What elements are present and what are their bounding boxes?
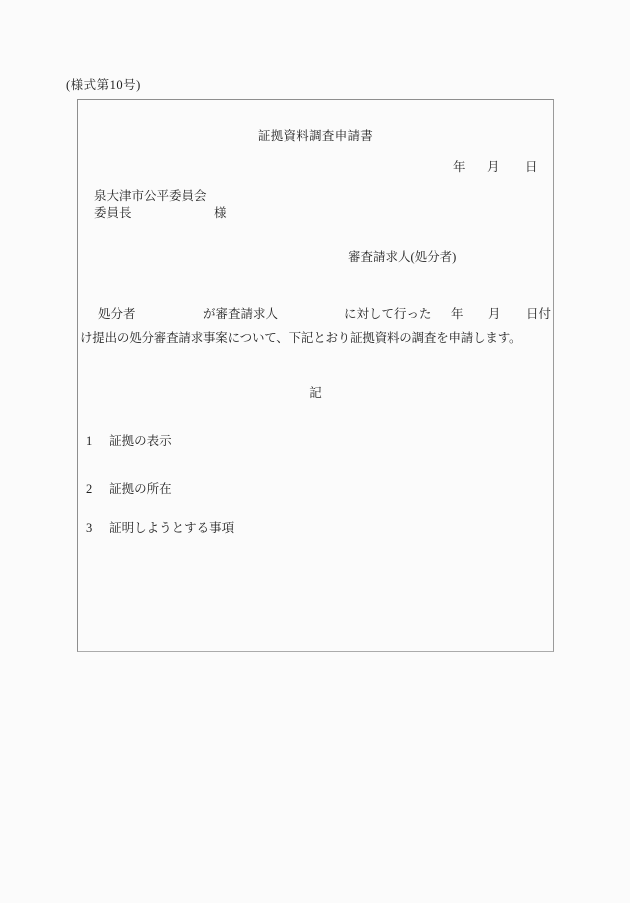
- body-month-label: 月: [488, 306, 501, 322]
- addressee-role: 委員長: [94, 206, 132, 220]
- list-item-evidence-display: 1 証拠の表示: [86, 433, 172, 449]
- date-month-label: 月: [487, 159, 500, 175]
- body-claimant-label: が審査請求人: [203, 306, 278, 322]
- body-year-label: 年: [451, 306, 464, 322]
- body-paragraph-line1: 処分者 が審査請求人 に対して行った 年 月 日付: [78, 306, 553, 322]
- body-action-label: に対して行った: [344, 306, 432, 322]
- document-title: 証拠資料調査申請書: [78, 128, 553, 144]
- body-paragraph-line2: け提出の処分審査請求事案について、下記とおり証拠資料の調査を申請します。: [80, 330, 521, 346]
- item-number: 3: [86, 520, 106, 536]
- form-number-label: (様式第10号): [66, 77, 141, 93]
- item-label: 証明しようとする事項: [109, 521, 234, 535]
- list-item-evidence-location: 2 証拠の所在: [86, 481, 172, 497]
- addressee-honorific: 様: [214, 205, 227, 222]
- document-page: (様式第10号) 証拠資料調査申請書 年 月 日 泉大津市公平委員会 委員長 様…: [0, 0, 630, 903]
- body-subject-label: 処分者: [98, 306, 136, 322]
- date-day-label: 日: [525, 159, 538, 175]
- applicant-label: 審査請求人(処分者): [348, 249, 456, 265]
- date-year-label: 年: [453, 159, 466, 175]
- addressee-role-row: 委員長 様: [94, 205, 207, 222]
- form-border-box: 証拠資料調査申請書 年 月 日 泉大津市公平委員会 委員長 様 審査請求人(処分…: [77, 99, 554, 652]
- date-line: 年 月 日: [78, 159, 553, 175]
- addressee-block: 泉大津市公平委員会 委員長 様: [94, 188, 207, 222]
- addressee-organization: 泉大津市公平委員会: [94, 188, 207, 205]
- body-day-suffix-label: 日付: [526, 306, 551, 322]
- record-heading: 記: [78, 385, 553, 401]
- list-item-matters-to-prove: 3 証明しようとする事項: [86, 520, 234, 536]
- item-number: 2: [86, 481, 106, 497]
- item-label: 証拠の所在: [109, 482, 172, 496]
- item-label: 証拠の表示: [109, 434, 172, 448]
- item-number: 1: [86, 433, 106, 449]
